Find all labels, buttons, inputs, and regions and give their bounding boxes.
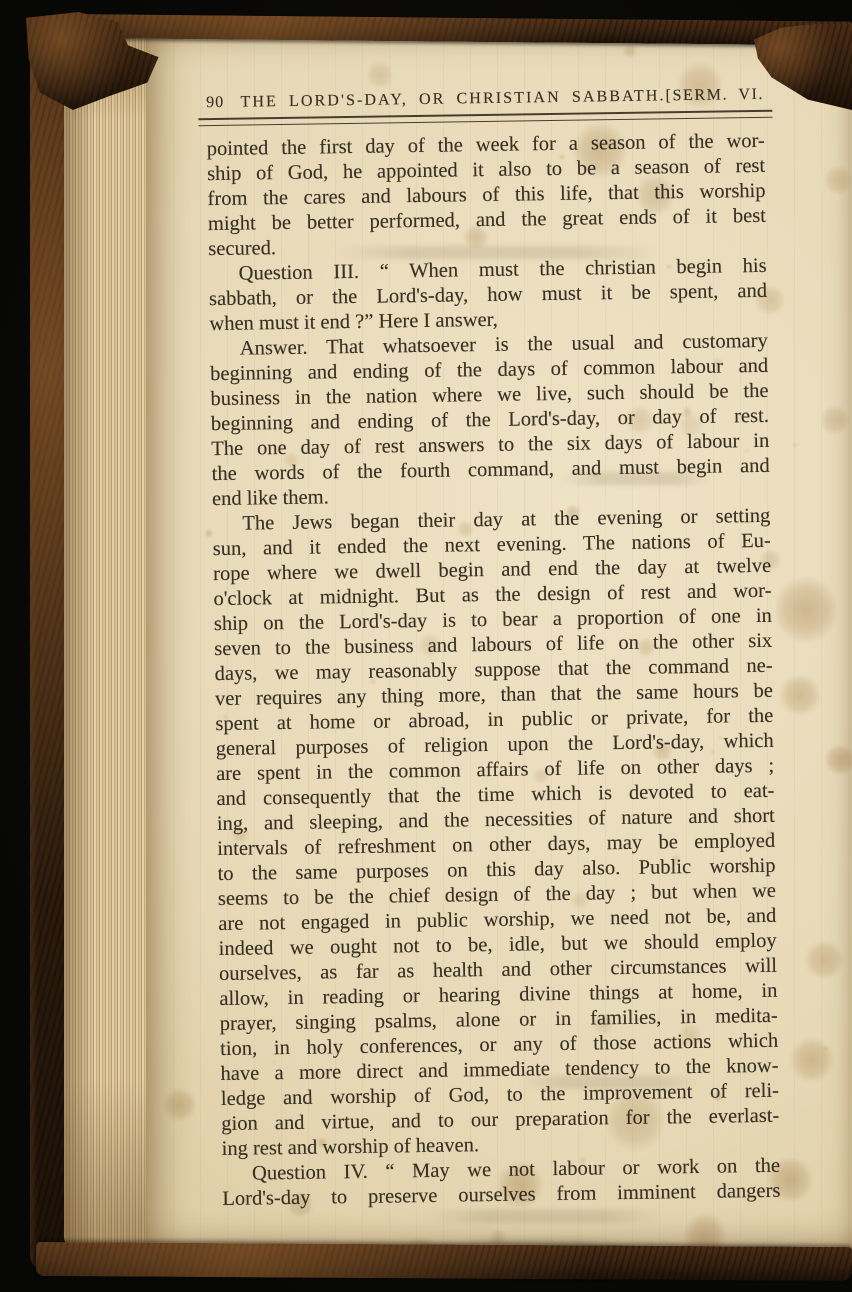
foxing-spot	[821, 405, 849, 435]
printed-content: 90 THE LORD'S-DAY, OR CHRISTIAN SABBATH.…	[206, 86, 781, 1212]
foxing-spot	[164, 1087, 196, 1123]
running-title: THE LORD'S-DAY, OR CHRISTIAN SABBATH.	[240, 87, 665, 111]
page-fore-edges	[64, 36, 152, 1248]
foxing-spot	[623, 43, 637, 58]
foxing-spot	[488, 1229, 506, 1245]
header-double-rule	[198, 110, 772, 127]
foxing-spot	[775, 574, 837, 645]
foxing-spot	[684, 1213, 726, 1250]
foxing-spot	[804, 941, 844, 979]
foxing-spot	[823, 166, 852, 194]
running-header: 90 THE LORD'S-DAY, OR CHRISTIAN SABBATH.…	[206, 86, 764, 112]
foxing-spot	[793, 443, 798, 447]
page-body: pointed the first day of the week for a …	[207, 129, 781, 1212]
sermon-label: [SERM. VI.	[665, 86, 764, 105]
foxing-spot	[367, 60, 393, 89]
page-number: 90	[206, 94, 241, 113]
foxing-spot	[789, 1038, 835, 1082]
foxing-spot	[823, 745, 852, 774]
book-photograph: 90 THE LORD'S-DAY, OR CHRISTIAN SABBATH.…	[0, 0, 852, 1292]
book-cover-bottom-edge	[36, 1242, 852, 1281]
foxing-spot	[823, 1047, 828, 1051]
foxing-spot	[777, 676, 823, 714]
book-page: 90 THE LORD'S-DAY, OR CHRISTIAN SABBATH.…	[146, 30, 852, 1250]
